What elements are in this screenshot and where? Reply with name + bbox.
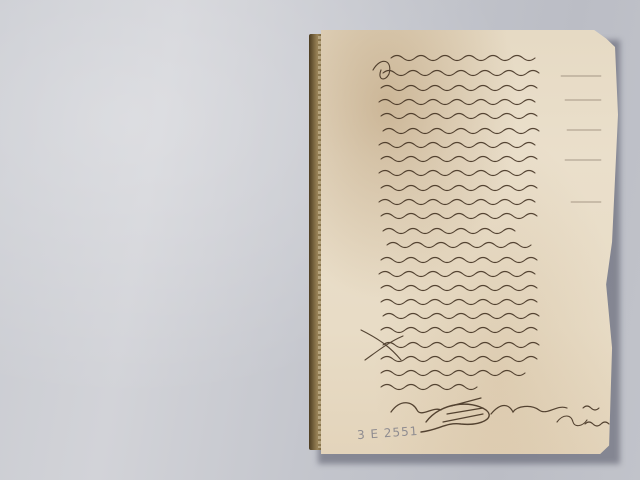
- handwritten-text: [321, 30, 618, 454]
- manuscript-page: [321, 30, 618, 454]
